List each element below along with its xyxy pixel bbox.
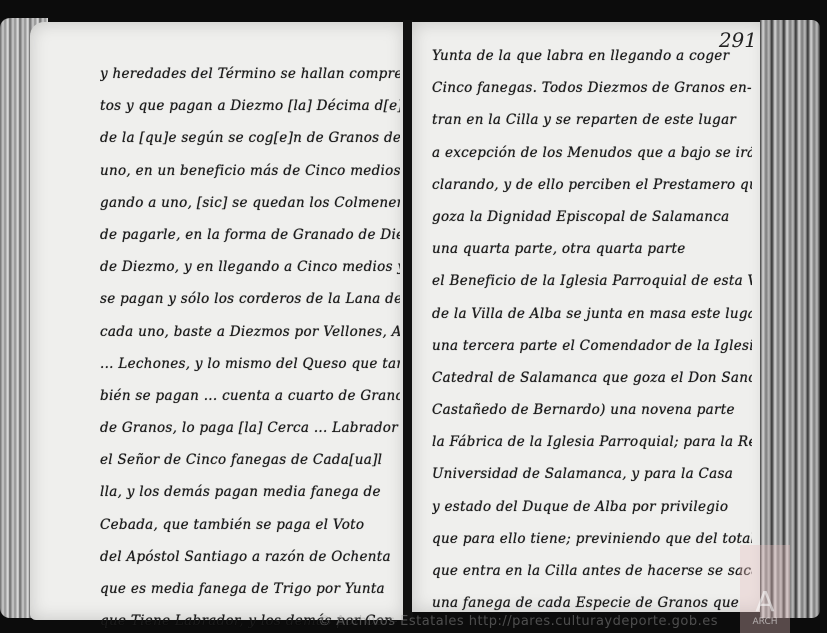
manuscript-line: de Granos, lo paga [la] Cerca ... Labrad…: [100, 412, 400, 444]
manuscript-line: el Señor de Cinco fanegas de Cada[ua]l: [100, 444, 400, 476]
manuscript-line: se pagan y sólo los corderos de la Lana …: [100, 283, 400, 315]
archive-logo-watermark: A ARCH: [740, 545, 790, 633]
manuscript-line: Cebada, que también se paga el Voto: [100, 509, 400, 541]
manuscript-line: de Diezmo, y en llegando a Cinco medios …: [100, 251, 400, 283]
manuscript-line: tos y que pagan a Diezmo [la] Décima d[e…: [100, 90, 400, 122]
manuscript-line: tran en la Cilla y se reparten de este l…: [432, 104, 752, 136]
manuscript-line: gando a uno, [sic] se quedan los Colmene…: [100, 187, 400, 219]
manuscript-spread: y heredades del Término se hallan compre…: [0, 0, 827, 633]
manuscript-line: el Beneficio de la Iglesia Parroquial de…: [432, 265, 752, 297]
manuscript-line: lla, y los demás pagan media fanega de: [100, 476, 400, 508]
manuscript-line: cada uno, baste a Diezmos por Vellones, …: [100, 316, 400, 348]
manuscript-line: Yunta de la que labra en llegando a coge…: [432, 40, 752, 72]
manuscript-line: de pagarle, en la forma de Granado de Di…: [100, 219, 400, 251]
manuscript-line: del Apóstol Santiago a razón de Ochenta: [100, 541, 400, 573]
archive-logo-text: ARCH: [752, 617, 777, 627]
manuscript-line: a excepción de los Menudos que a bajo se…: [432, 137, 752, 169]
archive-logo-icon: A: [755, 587, 774, 617]
manuscript-line: y heredades del Término se hallan compre…: [100, 58, 400, 90]
manuscript-line: de la [qu]e según se cog[e]n de Granos d…: [100, 122, 400, 154]
manuscript-line: que para ello tiene; previniendo que del…: [432, 523, 752, 555]
copyright-watermark: © Archivos Estatales http://pares.cultur…: [318, 614, 718, 629]
right-page-edges: [760, 20, 820, 618]
manuscript-line: Cinco fanegas. Todos Diezmos de Granos e…: [432, 72, 752, 104]
manuscript-line: que es media fanega de Trigo por Yunta: [100, 573, 400, 605]
manuscript-line: Catedral de Salamanca que goza el Don Sa…: [432, 362, 752, 394]
manuscript-line: Castañedo de Bernardo) una novena parte: [432, 394, 752, 426]
right-page-text: Yunta de la que labra en llegando a coge…: [432, 40, 752, 619]
manuscript-line: goza la Dignidad Episcopal de Salamanca: [432, 201, 752, 233]
manuscript-line: de la Villa de Alba se junta en masa est…: [432, 298, 752, 330]
manuscript-line: una quarta parte, otra quarta parte: [432, 233, 752, 265]
manuscript-line: la Fábrica de la Iglesia Parroquial; par…: [432, 426, 752, 458]
right-page: 291 Yunta de la que labra en llegando a …: [412, 22, 767, 612]
left-page: y heredades del Término se hallan compre…: [30, 22, 405, 620]
manuscript-line: clarando, y de ello perciben el Prestame…: [432, 169, 752, 201]
manuscript-line: y estado del Duque de Alba por privilegi…: [432, 491, 752, 523]
manuscript-line: bién se pagan ... cuenta a cuarto de Gra…: [100, 380, 400, 412]
manuscript-line: ... Lechones, y lo mismo del Queso que t…: [100, 348, 400, 380]
manuscript-line: que entra en la Cilla antes de hacerse s…: [432, 555, 752, 587]
manuscript-line: una tercera parte el Comendador de la Ig…: [432, 330, 752, 362]
manuscript-line: uno, en un beneficio más de Cinco medios…: [100, 155, 400, 187]
manuscript-line: Universidad de Salamanca, y para la Casa: [432, 458, 752, 490]
left-page-text: y heredades del Término se hallan compre…: [100, 58, 400, 633]
